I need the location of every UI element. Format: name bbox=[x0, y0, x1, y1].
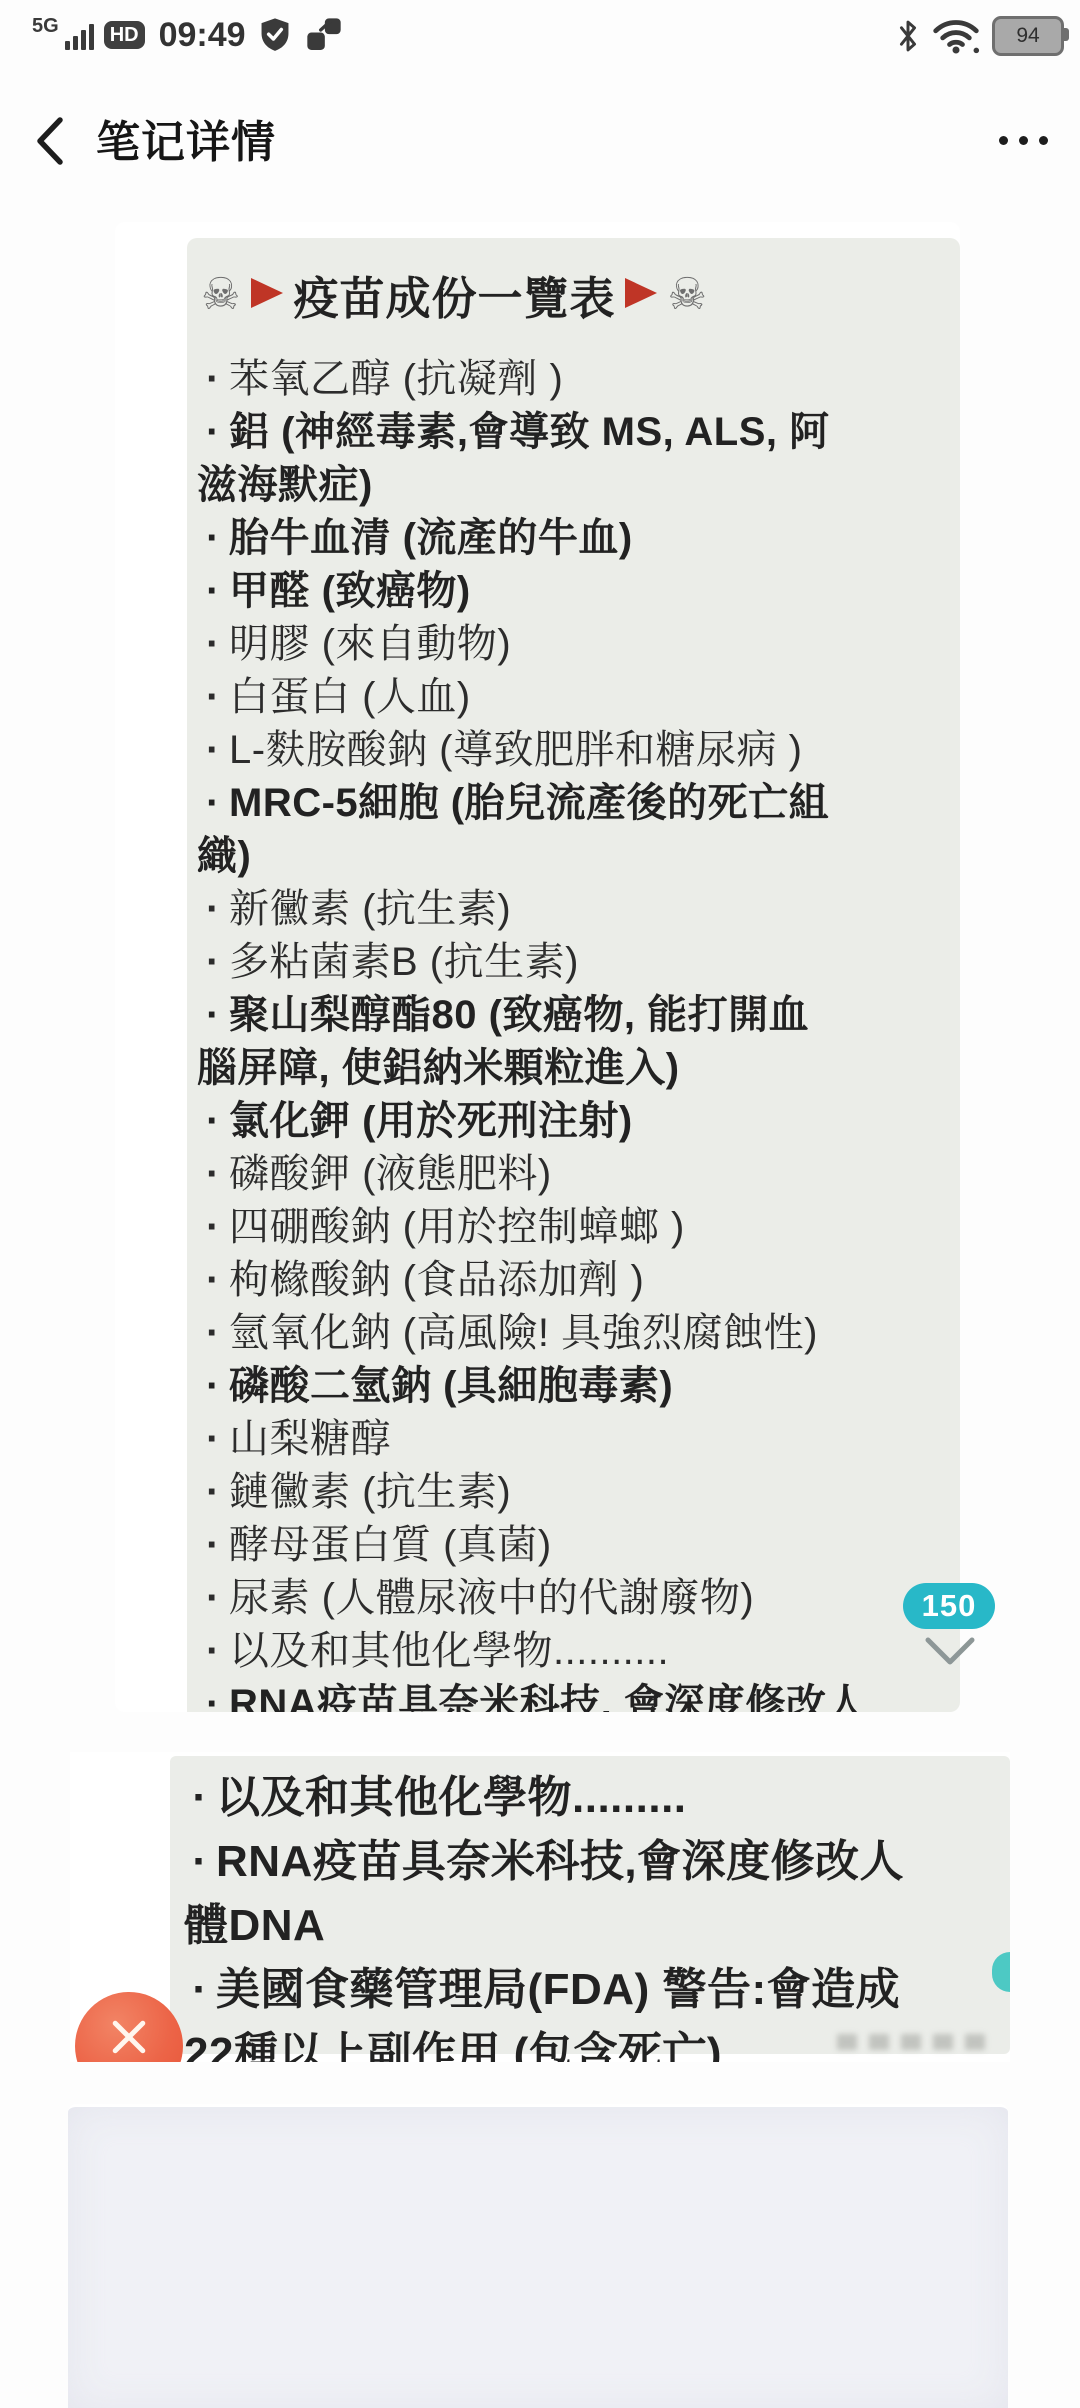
bullet-dot: · bbox=[197, 565, 229, 618]
ingredient-line: ·聚山梨醇酯80 (致癌物, 能打開血 bbox=[197, 989, 960, 1042]
note-image-3[interactable] bbox=[68, 2104, 1008, 2408]
ingredient-line: ·氫氧化鈉 (高風險! 具強烈腐蝕性) bbox=[197, 1307, 960, 1360]
ingredient-line: ·苯氧乙醇 (抗凝劑 ) bbox=[197, 353, 960, 406]
ingredient-line: ·甲醛 (致癌物) bbox=[197, 565, 960, 618]
ingredient-line: ·白蛋白 (人血) bbox=[197, 671, 960, 724]
more-dot bbox=[999, 136, 1008, 145]
more-dot bbox=[1039, 136, 1048, 145]
bullet-dot: · bbox=[197, 512, 229, 565]
status-left-cluster: 5G HD 09:49 bbox=[32, 14, 344, 56]
bullet-dot: · bbox=[184, 1830, 216, 1894]
ingredient-line: ·明膠 (來自動物) bbox=[197, 618, 960, 671]
ingredient-line: ·新黴素 (抗生素) bbox=[197, 883, 960, 936]
ingredient-line: ·尿素 (人體尿液中的代謝廢物) bbox=[197, 1572, 960, 1625]
ingredient-line: ·美國食藥管理局(FDA) 警告:會造成 bbox=[184, 1958, 1010, 2022]
ingredient-line: ·磷酸二氫鈉 (具細胞毒素) bbox=[197, 1360, 960, 1413]
ingredient-line: ·酵母蛋白質 (真菌) bbox=[197, 1519, 960, 1572]
chevron-down-icon[interactable] bbox=[922, 1634, 978, 1668]
ingredient-line: ·以及和其他化學物.......... bbox=[197, 1625, 960, 1678]
ingredient-line: ·RNA疫苗具奈米科技, 會深度修改人 bbox=[197, 1678, 960, 1712]
bullet-dot: · bbox=[197, 671, 229, 724]
ingredient-line: 腦屏障, 使鋁納米顆粒進入) bbox=[197, 1042, 960, 1095]
bullet-dot: · bbox=[184, 1958, 216, 2022]
hd-badge-icon: HD bbox=[104, 21, 145, 49]
ingredient-list: ·苯氧乙醇 (抗凝劑 )·鋁 (神經毒素,會導致 MS, ALS, 阿滋海默症)… bbox=[187, 353, 960, 1712]
status-bar: 5G HD 09:49 bbox=[0, 6, 1080, 62]
bullet-dot: · bbox=[197, 1201, 229, 1254]
bullet-dot: · bbox=[197, 406, 229, 459]
ingredient-line: ·鋁 (神經毒素,會導致 MS, ALS, 阿 bbox=[197, 406, 960, 459]
bullet-dot: · bbox=[197, 777, 229, 830]
bullet-dot: · bbox=[184, 1766, 216, 1830]
message-bubble: ·以及和其他化學物.........·RNA疫苗具奈米科技,會深度修改人體DNA… bbox=[170, 1756, 1010, 2054]
skull-icon: ☠ bbox=[667, 273, 707, 317]
ingredient-line: ·胎牛血清 (流產的牛血) bbox=[197, 512, 960, 565]
bullet-dot: · bbox=[197, 1095, 229, 1148]
ingredient-line: ·鏈黴素 (抗生素) bbox=[197, 1466, 960, 1519]
bullet-dot: · bbox=[197, 1519, 229, 1572]
status-time: 09:49 bbox=[159, 16, 246, 55]
bullet-dot: · bbox=[197, 1625, 229, 1678]
ingredient-line: ·RNA疫苗具奈米科技,會深度修改人 bbox=[184, 1830, 1010, 1894]
more-dot bbox=[1019, 136, 1028, 145]
bullet-dot: · bbox=[197, 989, 229, 1042]
ingredient-line: 滋海默症) bbox=[197, 459, 960, 512]
watermark-smudge bbox=[837, 2034, 992, 2050]
twin-apps-icon bbox=[304, 15, 344, 55]
bullet-dot: · bbox=[197, 353, 229, 406]
nav-bar: 笔记详情 bbox=[0, 96, 1080, 188]
count-badge[interactable]: 150 bbox=[903, 1583, 995, 1629]
bullet-dot: · bbox=[197, 1466, 229, 1519]
bullet-dot: · bbox=[197, 1678, 229, 1712]
battery-percent: 94 bbox=[1016, 24, 1039, 48]
bullet-dot: · bbox=[197, 1148, 229, 1201]
shield-check-icon bbox=[256, 14, 294, 56]
back-button[interactable] bbox=[24, 110, 80, 172]
ingredient-line: ·L-麩胺酸鈉 (導致肥胖和糖尿病 ) bbox=[197, 724, 960, 777]
bullet-dot: · bbox=[197, 1413, 229, 1466]
ingredient-line: ·MRC-5細胞 (胎兒流產後的死亡組 bbox=[197, 777, 960, 830]
wifi-icon bbox=[932, 17, 980, 55]
ingredient-line: ·磷酸鉀 (液態肥料) bbox=[197, 1148, 960, 1201]
battery-icon: 94 bbox=[992, 16, 1064, 56]
bullet-dot: · bbox=[197, 883, 229, 936]
ingredient-line: ·山梨糖醇 bbox=[197, 1413, 960, 1466]
ingredient-line: ·氯化鉀 (用於死刑注射) bbox=[197, 1095, 960, 1148]
more-options-button[interactable] bbox=[993, 130, 1054, 151]
skull-icon: ☠ bbox=[201, 273, 241, 317]
ingredient-line: ·多粘菌素B (抗生素) bbox=[197, 936, 960, 989]
signal-bars-icon bbox=[65, 20, 94, 50]
ingredient-line: ·四硼酸鈉 (用於控制蟑螂 ) bbox=[197, 1201, 960, 1254]
network-type-label: 5G bbox=[32, 15, 59, 38]
ingredient-line: 織) bbox=[197, 830, 960, 883]
note-image-1[interactable]: ☠ 疫苗成份一覽表 ☠ ·苯氧乙醇 (抗凝劑 )·鋁 (神經毒素,會導致 MS,… bbox=[115, 222, 960, 1712]
status-right-cluster: 94 bbox=[896, 16, 1064, 56]
bullet-dot: · bbox=[197, 618, 229, 671]
note-image-2[interactable]: ·以及和其他化學物.........·RNA疫苗具奈米科技,會深度修改人體DNA… bbox=[70, 1752, 1010, 2062]
vaccine-list-title: 疫苗成份一覽表 bbox=[293, 262, 615, 327]
ingredient-list-continued: ·以及和其他化學物.........·RNA疫苗具奈米科技,會深度修改人體DNA… bbox=[170, 1766, 1010, 2062]
bullet-dot: · bbox=[197, 1572, 229, 1625]
page-title: 笔记详情 bbox=[96, 106, 276, 170]
ingredient-line: ·以及和其他化學物......... bbox=[184, 1766, 1010, 1830]
ingredient-line: ·枸櫞酸鈉 (食品添加劑 ) bbox=[197, 1254, 960, 1307]
ingredient-line: 體DNA bbox=[184, 1894, 1010, 1958]
vaccine-list-title-row: ☠ 疫苗成份一覽表 ☠ bbox=[201, 262, 960, 327]
bluetooth-icon bbox=[896, 18, 920, 54]
red-flag-icon bbox=[625, 278, 657, 308]
bullet-dot: · bbox=[197, 1254, 229, 1307]
bullet-dot: · bbox=[197, 724, 229, 777]
bullet-dot: · bbox=[197, 936, 229, 989]
bullet-dot: · bbox=[197, 1307, 229, 1360]
bullet-dot: · bbox=[197, 1360, 229, 1413]
x-sticker-icon bbox=[75, 1992, 183, 2062]
note-detail-screen: { "status_bar": { "network": "5G", "hd_b… bbox=[0, 0, 1080, 2408]
message-bubble: ☠ 疫苗成份一覽表 ☠ ·苯氧乙醇 (抗凝劑 )·鋁 (神經毒素,會導致 MS,… bbox=[187, 238, 960, 1712]
red-flag-icon bbox=[251, 278, 283, 308]
